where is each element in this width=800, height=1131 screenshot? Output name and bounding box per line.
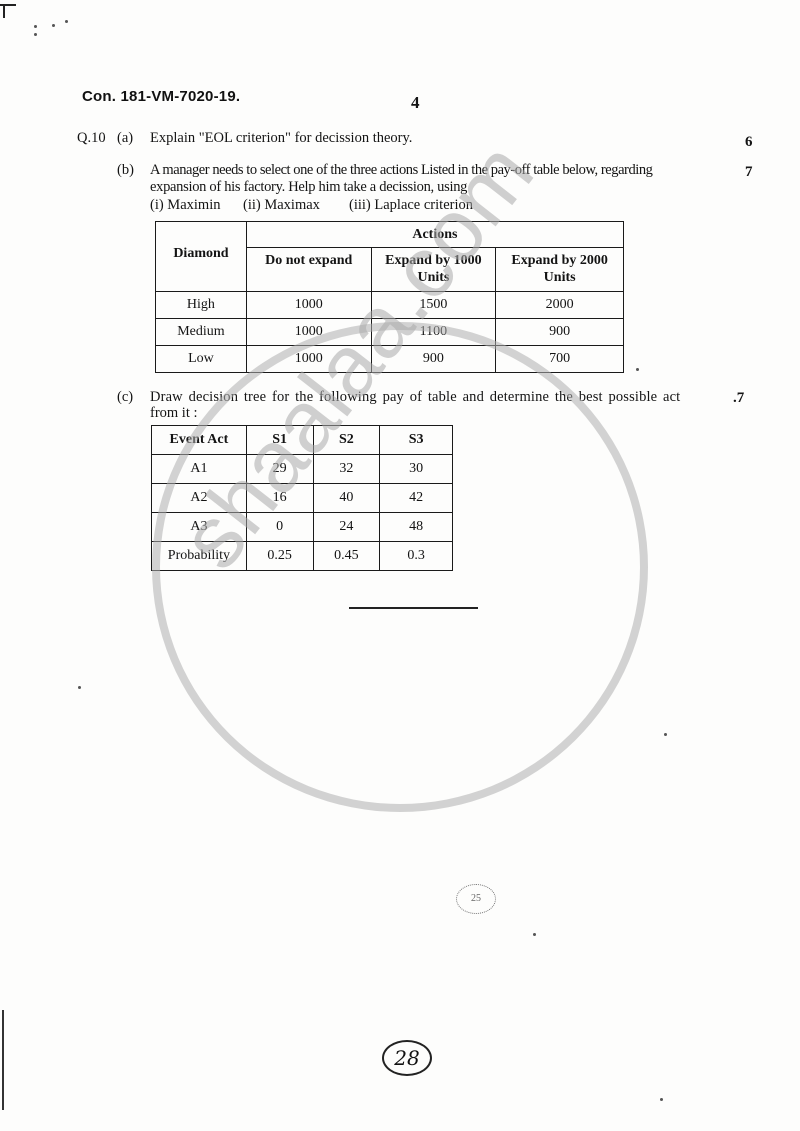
row-label: Medium	[156, 319, 247, 346]
cell: 16	[246, 484, 313, 513]
table-row: Medium 1000 1100 900	[156, 319, 624, 346]
cell: 1100	[371, 319, 496, 346]
question-number: Q.10	[77, 130, 106, 146]
scan-speck	[636, 368, 639, 371]
table-b-row-header: Diamond	[156, 222, 247, 292]
payoff-table-b: Diamond Actions Do not expand Expand by …	[155, 221, 624, 373]
page-number: 4	[411, 93, 420, 113]
scan-speck	[78, 686, 81, 689]
cell: 0.25	[246, 542, 313, 571]
cell: 900	[371, 346, 496, 373]
table-b-group-header: Actions	[246, 222, 623, 248]
part-b-text-line2: expansion of his factory. Help him take …	[150, 179, 467, 195]
table-row: A1 29 32 30	[152, 455, 453, 484]
row-label: Low	[156, 346, 247, 373]
scan-speck	[34, 33, 37, 36]
cell: 40	[313, 484, 380, 513]
table-c-corner-header: Event Act	[152, 426, 247, 455]
cell: 42	[380, 484, 453, 513]
cell: 48	[380, 513, 453, 542]
scan-speck	[660, 1098, 663, 1101]
cell: 24	[313, 513, 380, 542]
scan-edge-line	[2, 1010, 4, 1110]
table-c-col-header: S3	[380, 426, 453, 455]
payoff-table-c: Event Act S1 S2 S3 A1 29 32 30 A2 16 40 …	[151, 425, 453, 571]
row-label: A3	[152, 513, 247, 542]
scan-speck	[52, 24, 55, 27]
faint-stamp: 25	[456, 884, 496, 914]
cell: 700	[496, 346, 624, 373]
page-count-stamp: 28	[382, 1040, 432, 1076]
cell: 1000	[246, 319, 371, 346]
cell: 1500	[371, 292, 496, 319]
scan-speck	[65, 20, 68, 23]
cell: 1000	[246, 292, 371, 319]
cell: 2000	[496, 292, 624, 319]
exam-page: Con. 181-VM-7020-19. 4 Q.10 (a) Explain …	[0, 0, 800, 1131]
cell: 1000	[246, 346, 371, 373]
part-b-label: (b)	[117, 162, 134, 178]
part-a-label: (a)	[117, 130, 133, 146]
scan-speck	[34, 25, 37, 28]
part-a-text: Explain "EOL criterion" for decission th…	[150, 130, 412, 146]
scan-speck	[664, 733, 667, 736]
part-a-marks: 6	[745, 134, 753, 151]
table-b-col-header: Do not expand	[246, 248, 371, 292]
cell: 900	[496, 319, 624, 346]
table-c-col-header: S1	[246, 426, 313, 455]
cell: 0	[246, 513, 313, 542]
table-row: Low 1000 900 700	[156, 346, 624, 373]
cell: 32	[313, 455, 380, 484]
part-c-label: (c)	[117, 389, 133, 405]
criterion-maximin: (i) Maximin	[150, 197, 220, 213]
cell: 30	[380, 455, 453, 484]
part-c-marks: .7	[733, 390, 744, 407]
table-row: Probability 0.25 0.45 0.3	[152, 542, 453, 571]
cell: 0.45	[313, 542, 380, 571]
row-label: A1	[152, 455, 247, 484]
document-code: Con. 181-VM-7020-19.	[82, 88, 240, 105]
criterion-laplace: (iii) Laplace criterion	[349, 197, 473, 213]
table-b-col-header: Expand by 2000 Units	[496, 248, 624, 292]
scan-speck	[533, 933, 536, 936]
part-c-text-line1: Draw decision tree for the following pay…	[150, 389, 680, 405]
row-label: High	[156, 292, 247, 319]
part-c-text-line2: from it :	[150, 405, 198, 421]
criterion-maximax: (ii) Maximax	[243, 197, 320, 213]
cell: 29	[246, 455, 313, 484]
scan-corner-mark	[3, 4, 5, 18]
table-row: High 1000 1500 2000	[156, 292, 624, 319]
row-label: A2	[152, 484, 247, 513]
part-b-text-line1: A manager needs to select one of the thr…	[150, 162, 652, 178]
table-c-col-header: S2	[313, 426, 380, 455]
table-row: A2 16 40 42	[152, 484, 453, 513]
cell: 0.3	[380, 542, 453, 571]
table-row: A3 0 24 48	[152, 513, 453, 542]
part-b-marks: 7	[745, 164, 753, 181]
row-label: Probability	[152, 542, 247, 571]
table-b-col-header: Expand by 1000 Units	[371, 248, 496, 292]
end-of-question-rule	[349, 607, 478, 609]
